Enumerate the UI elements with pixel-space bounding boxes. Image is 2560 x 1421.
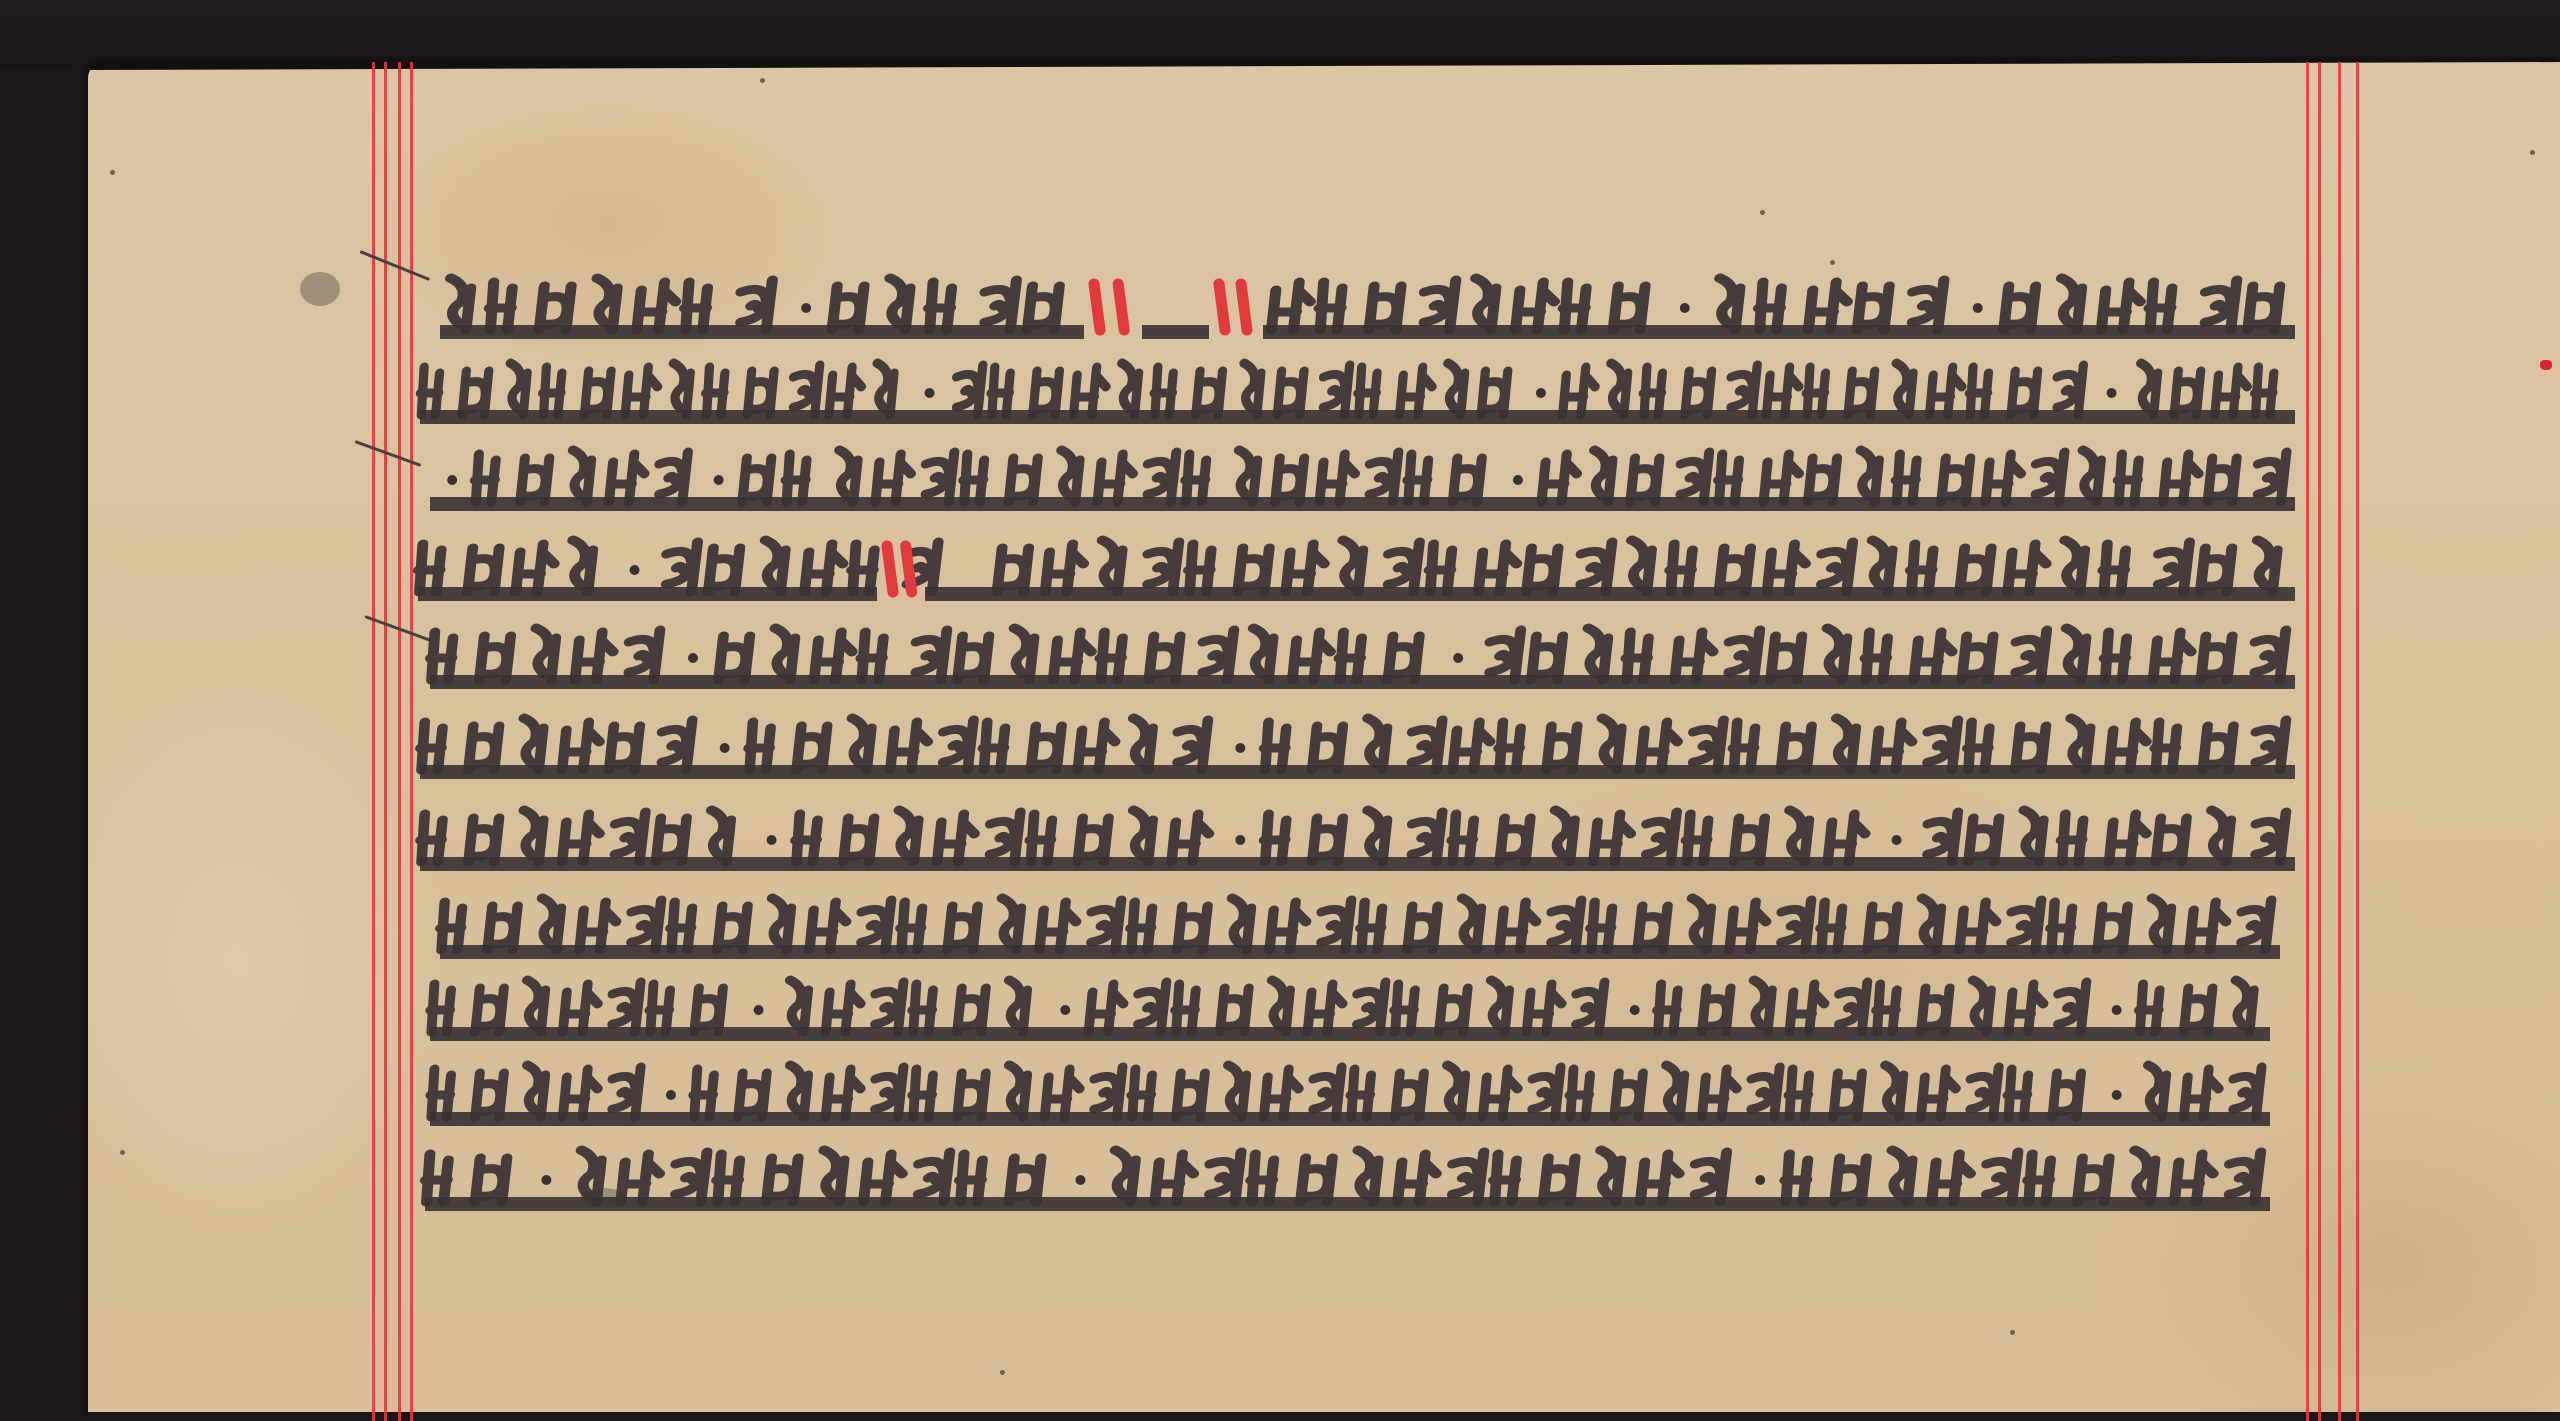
right-margin-ruling-line xyxy=(2338,62,2341,1421)
red-ink-dot xyxy=(2540,360,2552,370)
paper-speck xyxy=(1830,260,1835,265)
right-margin-ruling-line xyxy=(2318,62,2321,1421)
paper-speck xyxy=(2530,150,2535,155)
paper-speck xyxy=(2010,1330,2015,1335)
right-margin-ruling-line xyxy=(2356,62,2359,1421)
paper-speck xyxy=(110,170,115,175)
paper-speck xyxy=(760,78,765,83)
right-margin-ruling-line xyxy=(2306,62,2309,1421)
paper-speck xyxy=(1000,1370,1005,1375)
paper-speck xyxy=(1760,210,1765,215)
